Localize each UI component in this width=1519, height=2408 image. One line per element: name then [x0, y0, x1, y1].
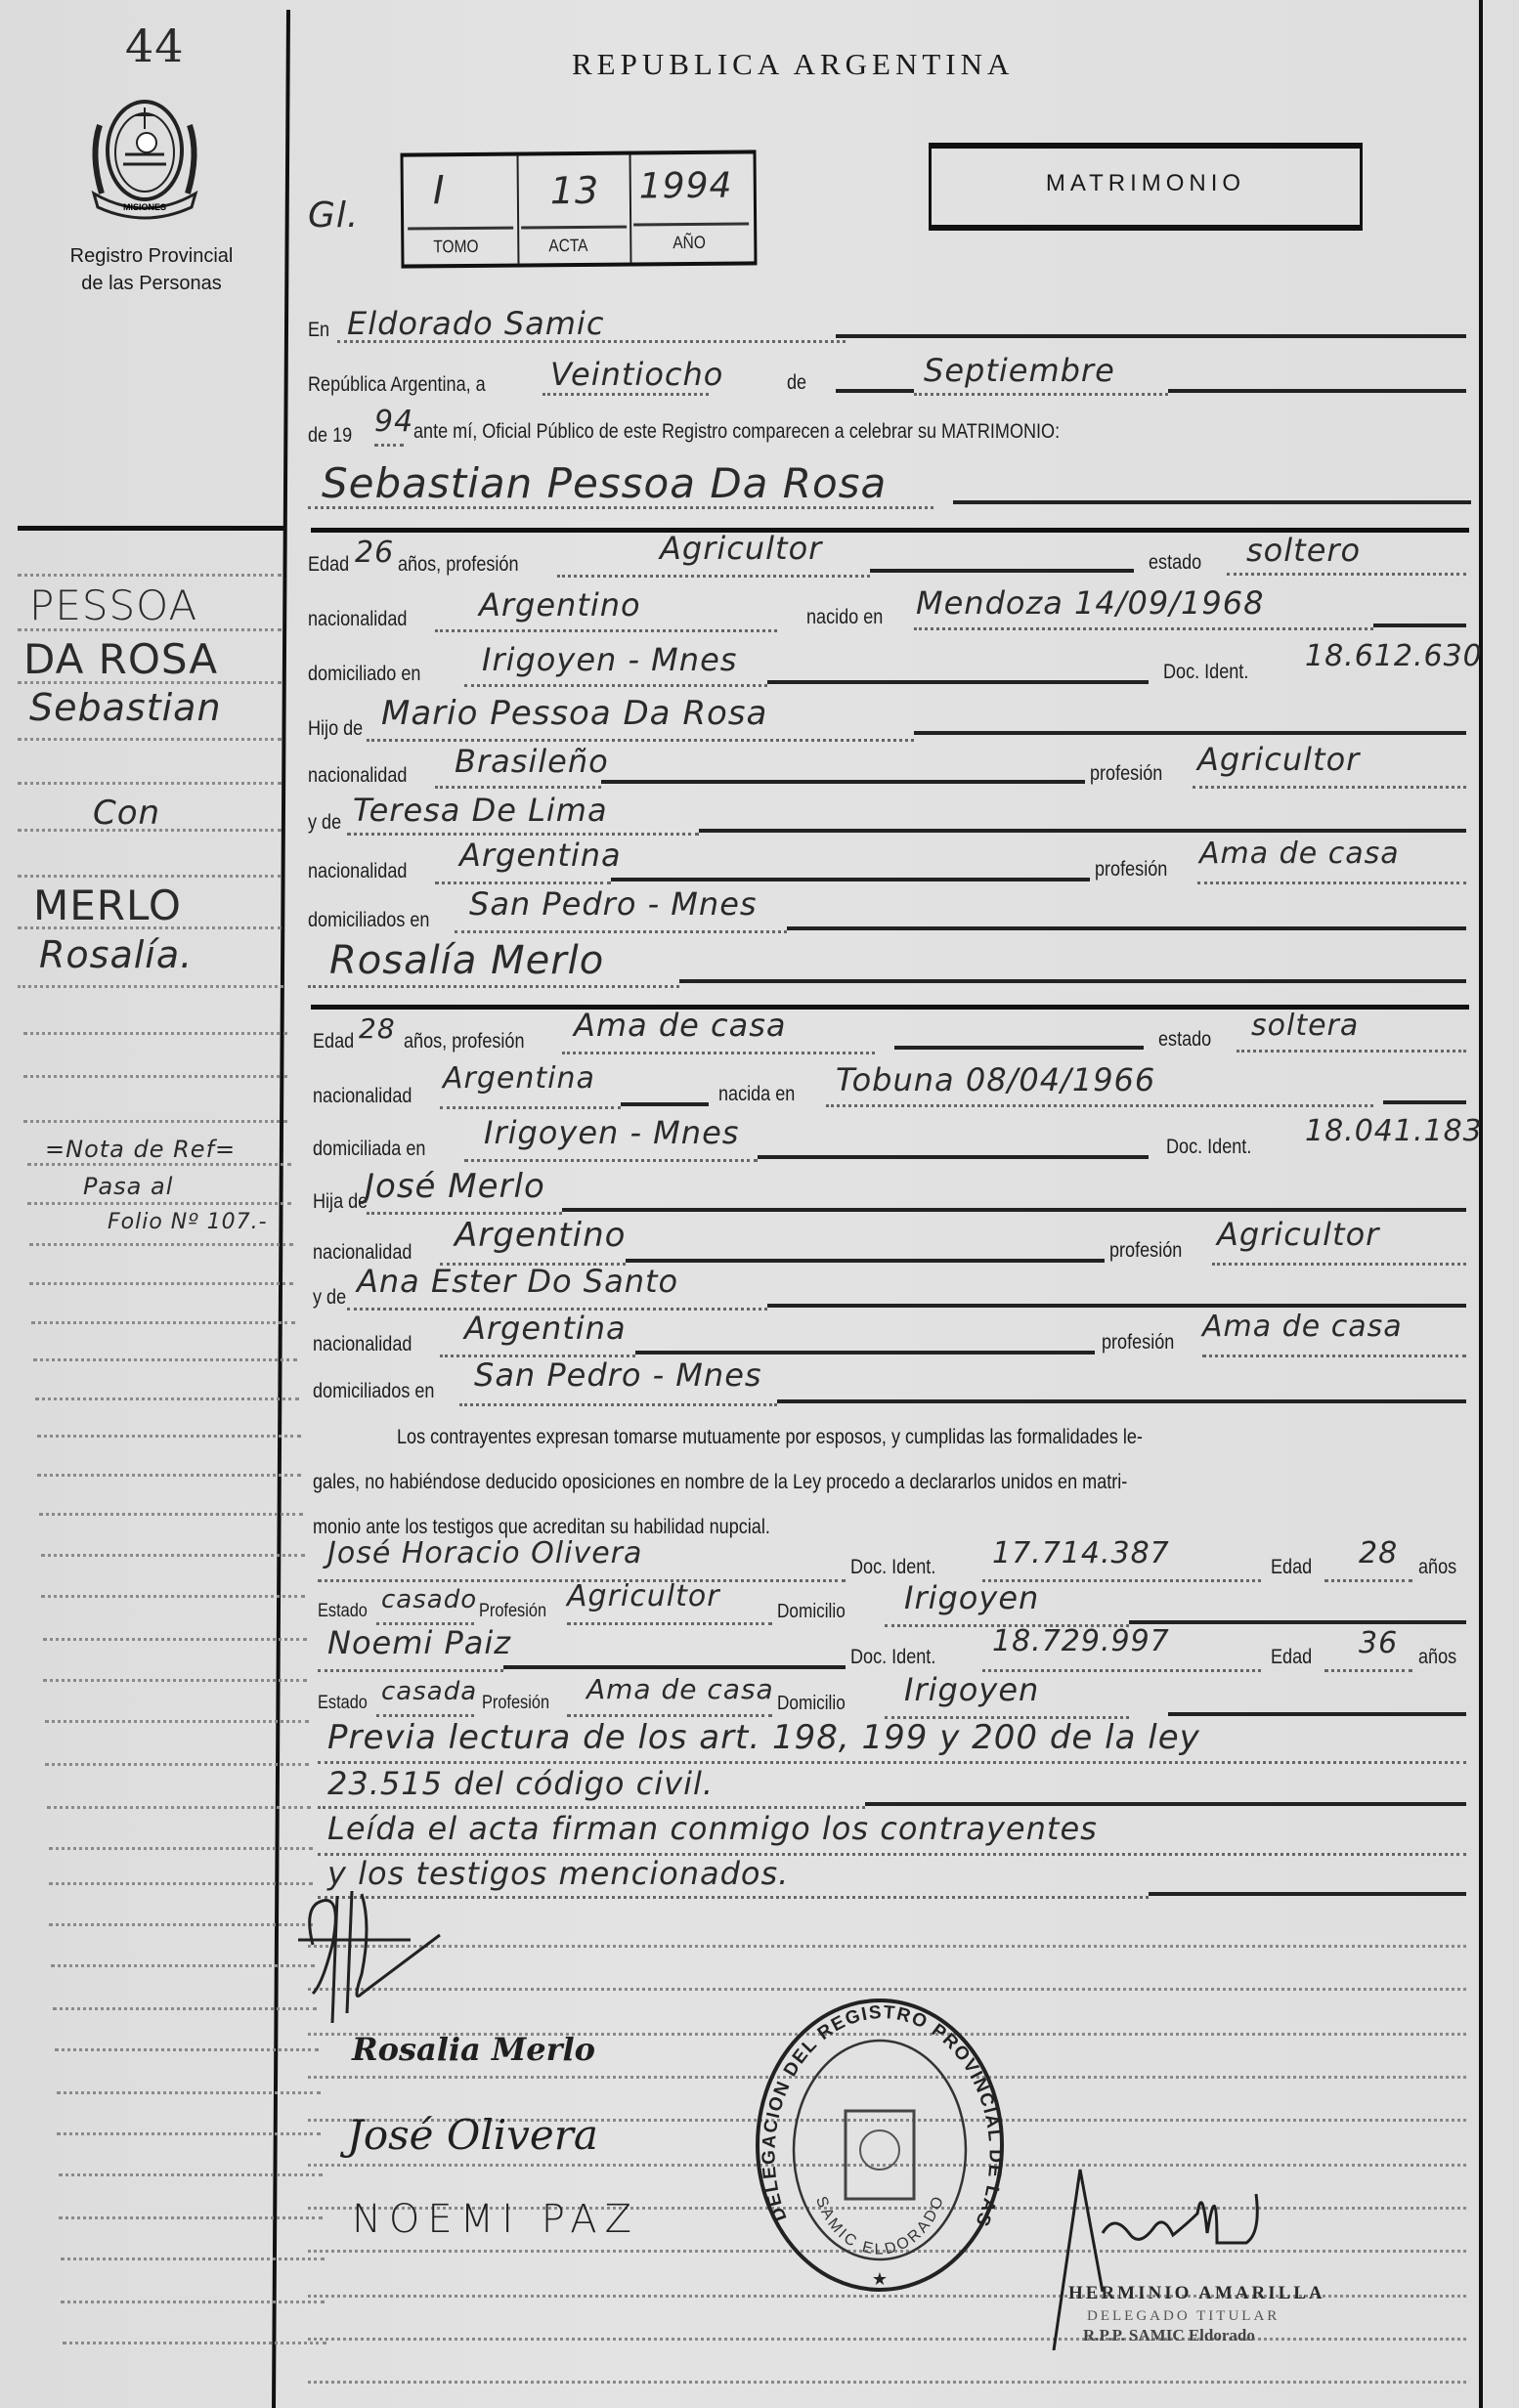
month-value: Septiembre	[924, 352, 1115, 389]
registry-line-1: Registro Provincial	[20, 242, 283, 270]
de-label: de	[787, 371, 806, 395]
witness-1-row: José Horacio Olivera Doc. Ident. 17.714.…	[308, 1540, 1471, 1583]
groom-parents-dom-label: domiciliados en	[308, 909, 429, 932]
witness-1-civil-status: casado	[381, 1585, 477, 1614]
note-line-4: y los testigos mencionados.	[308, 1857, 1471, 1900]
bride-full-name: Rosalía Merlo	[329, 938, 604, 983]
svg-text:★: ★	[872, 2269, 888, 2289]
official-name: HERMINIO AMARILLA	[1068, 2283, 1325, 2304]
witness-2-age: 36	[1359, 1626, 1398, 1660]
witness-1-address: Irigoyen	[904, 1579, 1039, 1616]
groom-father-nat-row: nacionalidad Brasileño profesión Agricul…	[308, 747, 1471, 790]
official-title: DELEGADO TITULAR	[1087, 2308, 1280, 2325]
tomo-value: I	[433, 168, 446, 213]
groom-signature: Sebastian	[293, 1886, 450, 2033]
margin-groom-given: Sebastian	[29, 686, 222, 729]
bride-estado-label: estado	[1158, 1028, 1211, 1052]
republica-label: República Argentina, a	[308, 373, 486, 397]
bride-father-nat-row: nacionalidad Argentino profesión Agricul…	[308, 1224, 1471, 1267]
date-row: República Argentina, a Veintiocho de Sep…	[308, 356, 1471, 399]
record-number-box: I TOMO 13 ACTA 1994 AÑO	[400, 150, 757, 268]
groom-nationality-row: nacionalidad Argentino nacido en Mendoza…	[308, 590, 1471, 633]
groom-father-prof-label: profesión	[1090, 762, 1162, 786]
groom-father: Mario Pessoa Da Rosa	[381, 694, 767, 733]
document-type-box: MATRIMONIO	[929, 143, 1363, 231]
bride-mother-nat-label: nacionalidad	[313, 1333, 412, 1356]
registry-stamp: DELEGACION DEL REGISTRO PROVINCIAL DE LA…	[748, 1994, 1012, 2297]
year-row: de 19 94 ante mí, Oficial Público de est…	[308, 407, 1471, 450]
bride-mother-nationality: Argentina	[464, 1310, 627, 1347]
bride-civil-status: soltera	[1251, 1009, 1359, 1043]
bride-father-nat-label: nacionalidad	[313, 1241, 412, 1265]
margin-groom-surname-2: DA ROSA	[23, 635, 218, 683]
groom-father-nationality: Brasileño	[455, 743, 609, 780]
bride-name-row: Rosalía Merlo	[308, 936, 1471, 995]
bride-parents-dom-label: domiciliados en	[313, 1380, 434, 1403]
groom-father-profession: Agricultor	[1197, 741, 1360, 778]
witness-1-doc: 17.714.387	[992, 1536, 1170, 1570]
registry-line-2: de las Personas	[20, 270, 283, 297]
place-row: En Eldorado Samic	[308, 305, 1471, 348]
bride-doc-label: Doc. Ident.	[1166, 1136, 1251, 1159]
witness-1-signature: José Olivera	[347, 2111, 598, 2159]
groom-address: Irigoyen - Mnes	[482, 641, 737, 678]
witness-1-dom-label: Domicilio	[777, 1601, 846, 1623]
note-line-3: Leída el acta firman conmigo los contray…	[308, 1814, 1471, 1857]
bride-parents-address-row: domiciliados en San Pedro - Mnes	[308, 1362, 1471, 1405]
bride-nacida-label: nacida en	[718, 1083, 795, 1106]
groom-doc-label: Doc. Ident.	[1163, 661, 1248, 684]
svg-text:MISIONES: MISIONES	[123, 202, 166, 212]
groom-doc: 18.612.630	[1305, 639, 1483, 673]
bride-address-row: domiciliada en Irigoyen - Mnes Doc. Iden…	[308, 1120, 1471, 1163]
witness-1-age: 28	[1359, 1536, 1398, 1570]
groom-mother-profession: Ama de casa	[1199, 837, 1400, 871]
groom-mother-nationality: Argentina	[459, 837, 622, 874]
groom-mother-prof-label: profesión	[1095, 858, 1167, 881]
margin-bride-surname: MERLO	[33, 881, 182, 929]
declaration-line-2: gales, no habiéndose deducido oposicione…	[313, 1460, 1305, 1505]
acta-value: 13	[550, 169, 600, 212]
svg-text:SAMIC ELDORADO: SAMIC ELDORADO	[812, 2192, 948, 2258]
groom-domicilio-label: domiciliado en	[308, 663, 420, 686]
groom-nacido-label: nacido en	[806, 606, 883, 629]
groom-parents-address-row: domiciliados en San Pedro - Mnes	[308, 889, 1471, 932]
groom-nacionalidad-label: nacionalidad	[308, 608, 407, 631]
note-line-2-text: 23.515 del código civil.	[327, 1765, 714, 1802]
margin-note-line-2: Pasa al	[83, 1173, 173, 1200]
witness-2-doc-label: Doc. Ident.	[850, 1646, 935, 1669]
right-border	[1479, 0, 1483, 2408]
witness-2-prof-label: Profesión	[482, 1693, 549, 1714]
witness-2-details-row: Estado casada Profesión Ama de casa Domi…	[308, 1677, 1471, 1720]
note-line-3-text: Leída el acta firman conmigo los contray…	[327, 1810, 1098, 1847]
groom-profession: Agricultor	[660, 530, 822, 567]
groom-y-de-label: y de	[308, 811, 341, 835]
bride-nationality: Argentina	[443, 1061, 595, 1096]
witness-2-estado-label: Estado	[318, 1693, 368, 1714]
bride-nacionalidad-label: nacionalidad	[313, 1085, 412, 1108]
tomo-label: TOMO	[433, 236, 478, 257]
bride-profession: Ama de casa	[574, 1007, 787, 1044]
bride-father: José Merlo	[365, 1167, 545, 1206]
bride-age: 28	[359, 1012, 396, 1045]
bride-mother-profession: Ama de casa	[1202, 1310, 1403, 1344]
witness-1-profession: Agricultor	[567, 1579, 720, 1613]
declaration-text: Los contrayentes expresan tomarse mutuam…	[313, 1415, 1466, 1550]
anio-label: AÑO	[673, 233, 706, 253]
bride-father-prof-label: profesión	[1109, 1239, 1182, 1263]
bride-age-row: Edad 28 años, profesión Ama de casa esta…	[308, 1012, 1471, 1055]
groom-birth: Mendoza 14/09/1968	[916, 584, 1264, 622]
province-coat-of-arms-icon: MISIONES	[86, 86, 203, 223]
document-type-label: MATRIMONIO	[932, 149, 1360, 219]
witness-2-dom-label: Domicilio	[777, 1693, 846, 1715]
groom-name-row: Sebastian Pessoa Da Rosa	[308, 457, 1471, 516]
groom-address-row: domiciliado en Irigoyen - Mnes Doc. Iden…	[308, 645, 1471, 688]
witness-1-doc-label: Doc. Ident.	[850, 1556, 935, 1579]
country-title: REPUBLICA ARGENTINA	[572, 47, 1014, 82]
groom-full-name: Sebastian Pessoa Da Rosa	[322, 459, 887, 507]
groom-estado-label: estado	[1149, 551, 1201, 575]
witness-2-address: Irigoyen	[904, 1671, 1039, 1708]
bride-domicilio-label: domiciliada en	[313, 1138, 425, 1161]
witness-2-anos-label: años	[1418, 1646, 1456, 1669]
tomo-cell: I TOMO	[404, 156, 520, 265]
bride-mother-prof-label: profesión	[1102, 1331, 1174, 1354]
bride-father-nationality: Argentino	[455, 1216, 626, 1255]
witness-1-name: José Horacio Olivera	[327, 1536, 642, 1570]
en-label: En	[308, 319, 329, 342]
bride-hija-label: Hija de	[313, 1190, 368, 1214]
margin-connector: Con	[93, 794, 160, 833]
declaration-line-1: Los contrayentes expresan tomarse mutuam…	[313, 1415, 1305, 1460]
witness-1-estado-label: Estado	[318, 1601, 368, 1622]
acta-cell: 13 ACTA	[517, 155, 632, 264]
groom-edad-label: Edad	[308, 553, 349, 577]
groom-mother-row: y de Teresa De Lima	[308, 794, 1471, 837]
groom-civil-status: soltero	[1246, 532, 1361, 569]
bride-mother: Ana Ester Do Santo	[357, 1263, 678, 1300]
groom-mother-nat-label: nacionalidad	[308, 860, 407, 883]
groom-age-row: Edad 26 años, profesión Agricultor estad…	[308, 536, 1471, 579]
page-number: 44	[125, 20, 185, 72]
groom-mother: Teresa De Lima	[353, 792, 608, 829]
margin-divider-top	[18, 526, 283, 531]
marriage-certificate-page: 44 MISIONES Registro Provincial de las P…	[0, 0, 1519, 2408]
bride-doc: 18.041.183	[1305, 1114, 1483, 1148]
margin-groom-surname-1: PESSOA	[29, 581, 197, 629]
witness-1-edad-label: Edad	[1271, 1556, 1312, 1579]
groom-father-nat-label: nacionalidad	[308, 764, 407, 788]
anio-cell: 1994 AÑO	[629, 153, 755, 262]
margin-bride-given: Rosalía.	[39, 933, 193, 976]
witness-2-edad-label: Edad	[1271, 1646, 1312, 1669]
bride-mother-nat-row: nacionalidad Argentina profesión Ama de …	[308, 1315, 1471, 1358]
note-line-1-text: Previa lectura de los art. 198, 199 y 20…	[327, 1718, 1200, 1757]
groom-hijo-label: Hijo de	[308, 717, 363, 741]
day-value: Veintiocho	[550, 356, 723, 393]
bride-father-row: Hija de José Merlo	[308, 1173, 1471, 1216]
bride-edad-label: Edad	[313, 1030, 354, 1053]
registry-name: Registro Provincial de las Personas	[20, 242, 283, 297]
witness-2-doc: 18.729.997	[992, 1624, 1170, 1658]
groom-anos-label: años, profesión	[398, 553, 519, 577]
bride-anos-label: años, profesión	[404, 1030, 525, 1053]
witness-2-row: Noemi Paiz Doc. Ident. 18.729.997 Edad 3…	[308, 1630, 1471, 1673]
groom-mother-nat-row: nacionalidad Argentina profesión Ama de …	[308, 842, 1471, 885]
anio-value: 1994	[639, 166, 733, 207]
bride-father-profession: Agricultor	[1217, 1216, 1379, 1253]
year-suffix: 94	[374, 405, 413, 439]
bride-birth: Tobuna 08/04/1966	[836, 1061, 1155, 1098]
groom-age: 26	[355, 536, 394, 570]
groom-parents-address: San Pedro - Mnes	[469, 885, 758, 923]
witness-1-details-row: Estado casado Profesión Agricultor Domic…	[308, 1585, 1471, 1628]
witness-1-prof-label: Profesión	[479, 1601, 546, 1622]
place-value: Eldorado Samic	[347, 305, 604, 342]
witness-2-profession: Ama de casa	[586, 1673, 774, 1705]
margin-note-line-1: =Nota de Ref=	[45, 1136, 236, 1163]
acta-label: ACTA	[548, 236, 587, 256]
bride-y-de-label: y de	[313, 1286, 346, 1310]
note-line-1: Previa lectura de los art. 198, 199 y 20…	[308, 1722, 1471, 1765]
note-line-2: 23.515 del código civil.	[308, 1767, 1471, 1810]
bride-nationality-row: nacionalidad Argentina nacida en Tobuna …	[308, 1067, 1471, 1110]
official-initials: Gl.	[308, 195, 359, 236]
bride-mother-row: y de Ana Ester Do Santo	[308, 1268, 1471, 1311]
witness-2-signature: NOEMI PAZ	[352, 2197, 639, 2242]
witness-1-anos-label: años	[1418, 1556, 1456, 1579]
intro-text: ante mí, Oficial Público de este Registr…	[413, 420, 1060, 444]
margin-note-line-3: Folio Nº 107.-	[108, 1210, 268, 1234]
bride-address: Irigoyen - Mnes	[484, 1114, 739, 1151]
witness-2-name: Noemi Paiz	[327, 1624, 511, 1661]
official-office: R.P.P. SAMIC Eldorado	[1083, 2326, 1255, 2345]
groom-nationality: Argentino	[479, 586, 641, 623]
witness-2-civil-status: casada	[381, 1677, 477, 1706]
groom-father-row: Hijo de Mario Pessoa Da Rosa	[308, 698, 1471, 741]
year-prefix: de 19	[308, 424, 352, 448]
bride-parents-address: San Pedro - Mnes	[474, 1356, 762, 1394]
bride-signature: Rosalia Merlo	[352, 2031, 595, 2068]
